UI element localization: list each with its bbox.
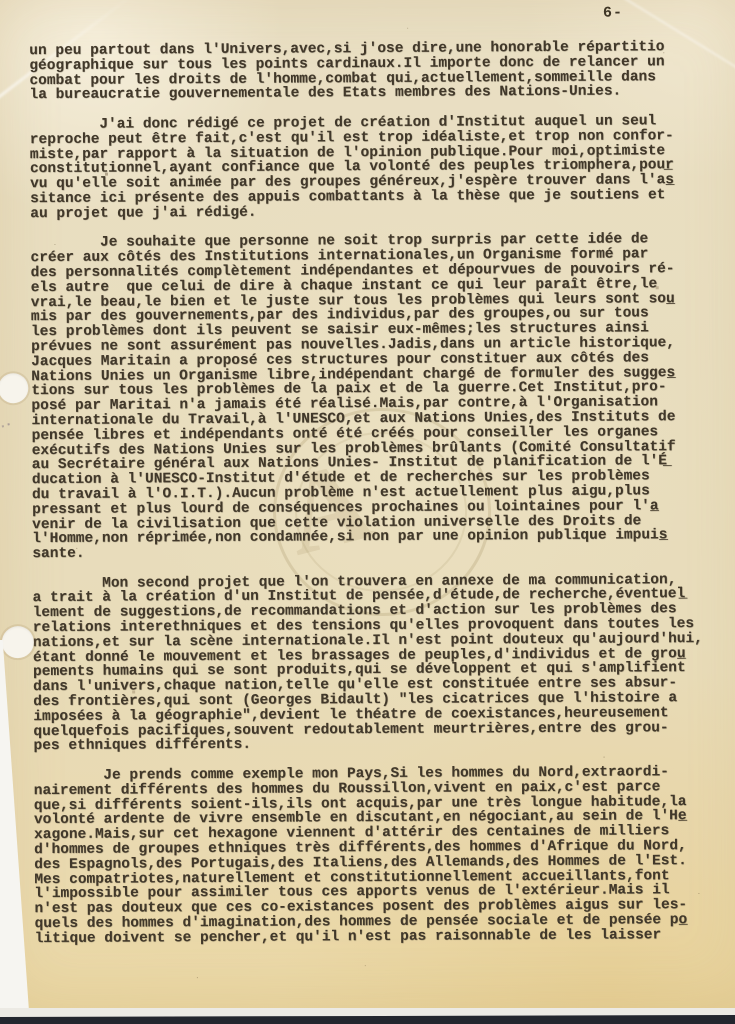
page-number: 6- <box>603 4 623 21</box>
paragraph: Je souhaite que personne ne soit trop su… <box>30 232 724 562</box>
paragraph: Mon second projet que l'on trouvera en a… <box>32 573 725 755</box>
text-line: au projet que j'ai rédigé. <box>30 203 722 222</box>
paragraph: Je prends comme exemple mon Pays,Si les … <box>34 765 727 947</box>
text-line: litique doivent se pencher,et qu'il n'es… <box>35 928 727 947</box>
text-line: pes ethniques différents. <box>33 735 725 754</box>
paper-sheet: A 6- un peu partout dans l'Univers,avec,… <box>0 0 735 1014</box>
typewritten-text: un peu partout dans l'Univers,avec,si j'… <box>29 40 727 962</box>
scanner-edge-strip <box>0 1015 735 1024</box>
pencil-mark <box>13 422 15 424</box>
hole-punch-top <box>0 373 28 403</box>
paragraph: J'ai donc rédigé ce projet de création d… <box>30 114 723 222</box>
paragraph: un peu partout dans l'Univers,avec,si j'… <box>29 40 721 103</box>
hole-punch-bottom <box>2 626 34 658</box>
scanned-page: A 6- un peu partout dans l'Univers,avec,… <box>0 0 735 1024</box>
text-line: la bureaucratie gouvernementale des Etat… <box>29 84 721 103</box>
